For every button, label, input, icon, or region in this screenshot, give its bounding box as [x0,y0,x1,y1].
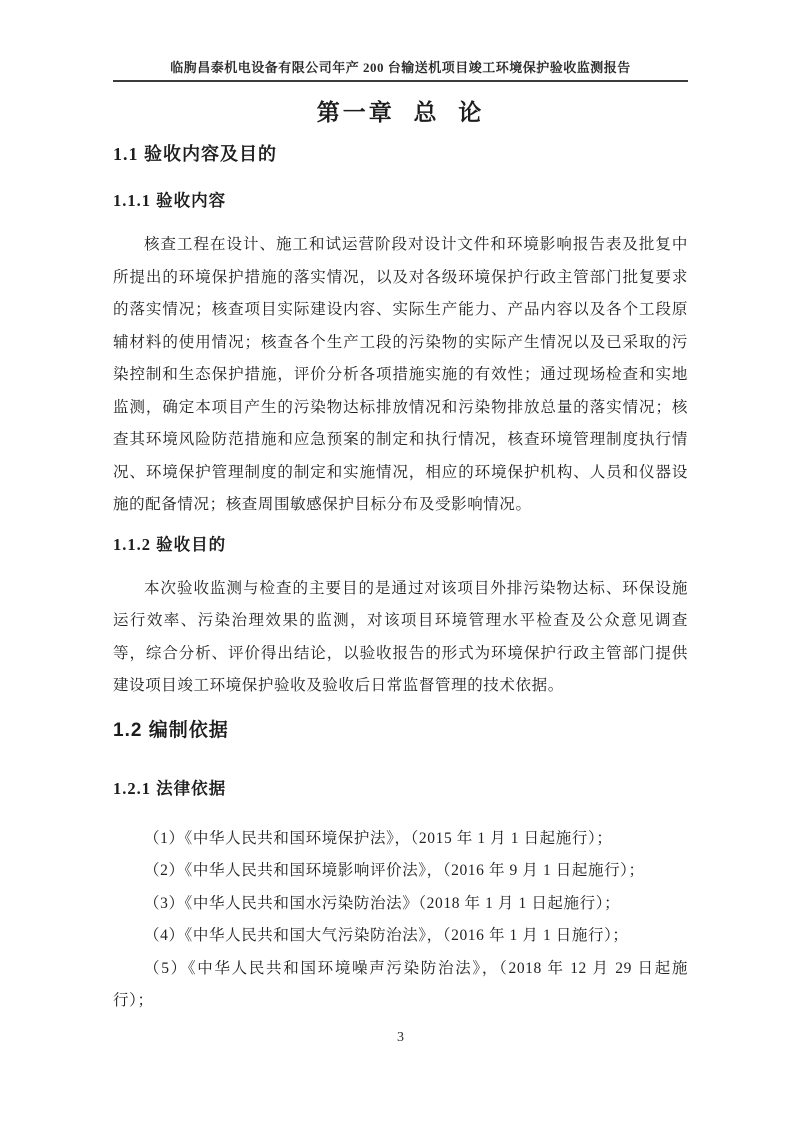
paragraph-acceptance-content: 核查工程在设计、施工和试运营阶段对设计文件和环境影响报告表及批复中所提出的环境保… [113,229,688,522]
chapter-title: 第一章 总 论 [113,98,688,128]
legal-basis-list: （1）《中华人民共和国环境保护法》，（2015 年 1 月 1 日起施行）； （… [113,823,688,1018]
running-header: 临朐昌泰机电设备有限公司年产 200 台输送机项目竣工环境保护验收监测报告 [113,0,688,82]
legal-item-5: （5）《中华人民共和国环境噪声污染防治法》，（2018 年 12 月 29 日起… [113,953,688,1018]
legal-item-1: （1）《中华人民共和国环境保护法》，（2015 年 1 月 1 日起施行）； [113,823,688,856]
legal-item-2: （2）《中华人民共和国环境影响评价法》，（2016 年 9 月 1 日起施行）； [113,855,688,888]
section-heading-1-2: 1.2 编制依据 [113,719,688,743]
document-page: 临朐昌泰机电设备有限公司年产 200 台输送机项目竣工环境保护验收监测报告 第一… [0,0,800,1131]
legal-item-4: （4）《中华人民共和国大气污染防治法》，（2016 年 1 月 1 日施行）； [113,920,688,953]
section-heading-1-1-1: 1.1.1 验收内容 [113,190,688,211]
section-heading-1-1-2: 1.1.2 验收目的 [113,534,688,555]
page-number: 3 [113,1030,688,1046]
running-header-title: 临朐昌泰机电设备有限公司年产 200 台输送机项目竣工环境保护验收监测报告 [113,57,688,76]
section-heading-1-2-1: 1.2.1 法律依据 [113,778,688,799]
paragraph-acceptance-purpose: 本次验收监测与检查的主要目的是通过对该项目外排污染物达标、环保设施运行效率、污染… [113,573,688,703]
section-heading-1-1: 1.1 验收内容及目的 [113,142,688,166]
legal-item-3: （3）《中华人民共和国水污染防治法》（2018 年 1 月 1 日起施行）； [113,888,688,921]
page-content: 临朐昌泰机电设备有限公司年产 200 台输送机项目竣工环境保护验收监测报告 第一… [0,0,800,1046]
